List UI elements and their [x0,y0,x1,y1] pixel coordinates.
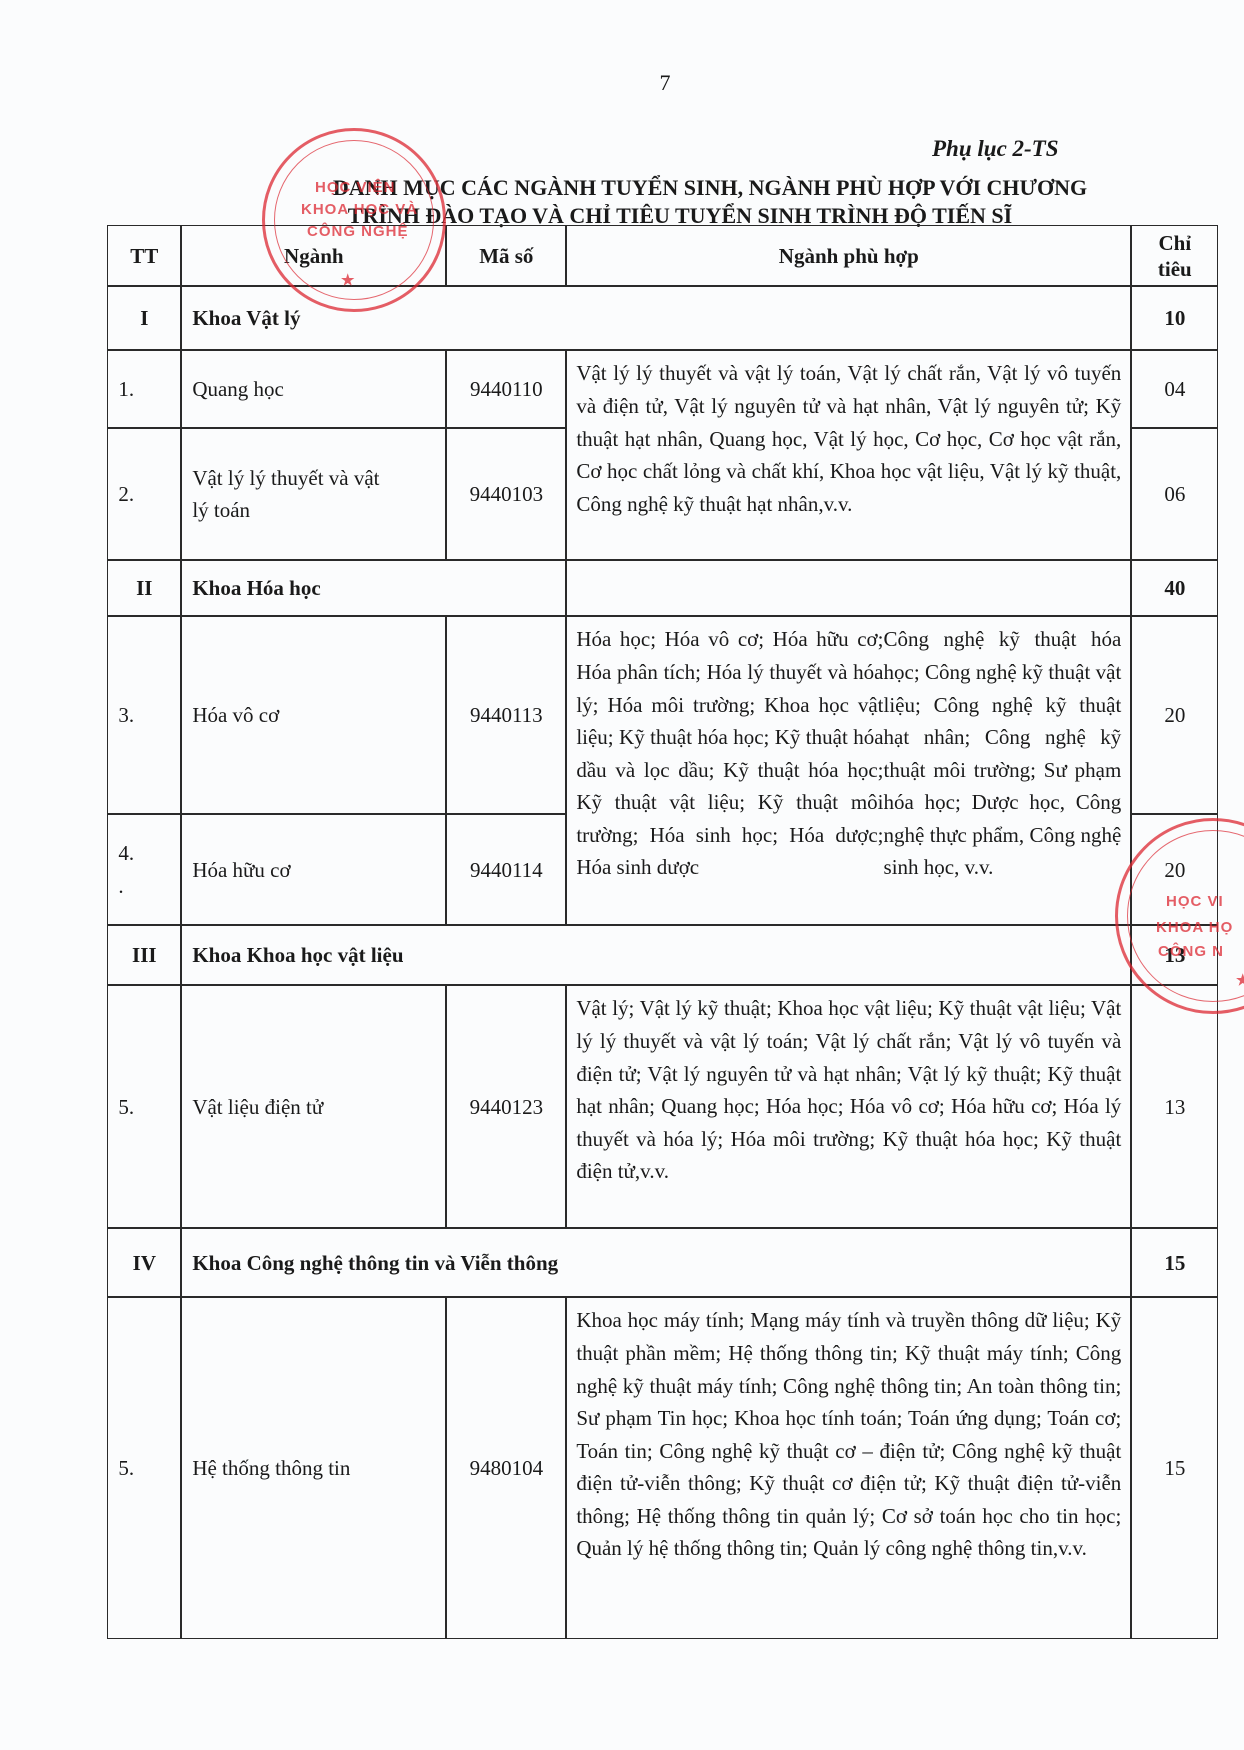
related-majors: Khoa học máy tính; Mạng máy tính và truy… [566,1297,1131,1639]
row-major: Vật lý lý thuyết và vật lý toán [181,428,446,560]
row-code: 9440110 [446,350,566,428]
header-tt: TT [107,225,181,286]
row-quota: 15 [1131,1297,1218,1639]
row-code: 9440123 [446,985,566,1228]
section-name: Khoa Công nghệ thông tin và Viễn thông [181,1228,1131,1297]
appendix-label: Phụ lục 2-TS [932,136,1059,162]
row-major: Hóa vô cơ [181,616,446,814]
section-quota: 40 [1131,560,1218,616]
row-code: 9440114 [446,814,566,925]
row-major: Vật liệu điện tử [181,985,446,1228]
row-tt: 5. [107,985,181,1228]
section-name: Khoa Vật lý [181,286,1131,350]
section-roman: III [107,925,181,985]
row-quota: 04 [1131,350,1218,428]
related-majors: Vật lý; Vật lý kỹ thuật; Khoa học vật li… [566,985,1131,1228]
row-quota: 13 [1131,985,1218,1228]
section-quota: 10 [1131,286,1218,350]
section-blank [566,560,1131,616]
row-major: Hóa hữu cơ [181,814,446,925]
row-tt: 4. . [107,814,181,925]
section-roman: IV [107,1228,181,1297]
row-major: Quang học [181,350,446,428]
row-quota: 20 [1131,814,1218,925]
related-majors: Vật lý lý thuyết và vật lý toán, Vật lý … [566,350,1131,560]
section-roman: II [107,560,181,616]
row-tt: 3. [107,616,181,814]
row-major: Hệ thống thông tin [181,1297,446,1639]
header-related: Ngành phù hợp [566,225,1131,286]
row-quota: 06 [1131,428,1218,560]
row-tt: 1. [107,350,181,428]
related-majors-part: Công nghệ kỹ thuật hóa học; Công nghệ kỹ… [884,623,1122,884]
page-number: 7 [0,70,1244,96]
section-name: Khoa Hóa học [181,560,566,616]
row-quota: 20 [1131,616,1218,814]
section-quota: 15 [1131,1228,1218,1297]
row-code: 9440103 [446,428,566,560]
document-title-line-1: DANH MỤC CÁC NGÀNH TUYỂN SINH, NGÀNH PHÙ… [230,175,1190,201]
header-quota: Chỉ tiêu [1131,225,1218,286]
section-roman: I [107,286,181,350]
row-tt: 2. [107,428,181,560]
header-major: Ngành [181,225,446,286]
related-majors-part: Hóa học; Hóa vô cơ; Hóa hữu cơ; Hóa phân… [576,623,883,884]
header-code: Mã số [446,225,566,286]
row-code: 9480104 [446,1297,566,1639]
row-tt: 5. [107,1297,181,1639]
section-quota: 13 [1131,925,1218,985]
section-name: Khoa Khoa học vật liệu [181,925,1131,985]
related-majors: Hóa học; Hóa vô cơ; Hóa hữu cơ; Hóa phân… [566,616,1131,925]
row-code: 9440113 [446,616,566,814]
